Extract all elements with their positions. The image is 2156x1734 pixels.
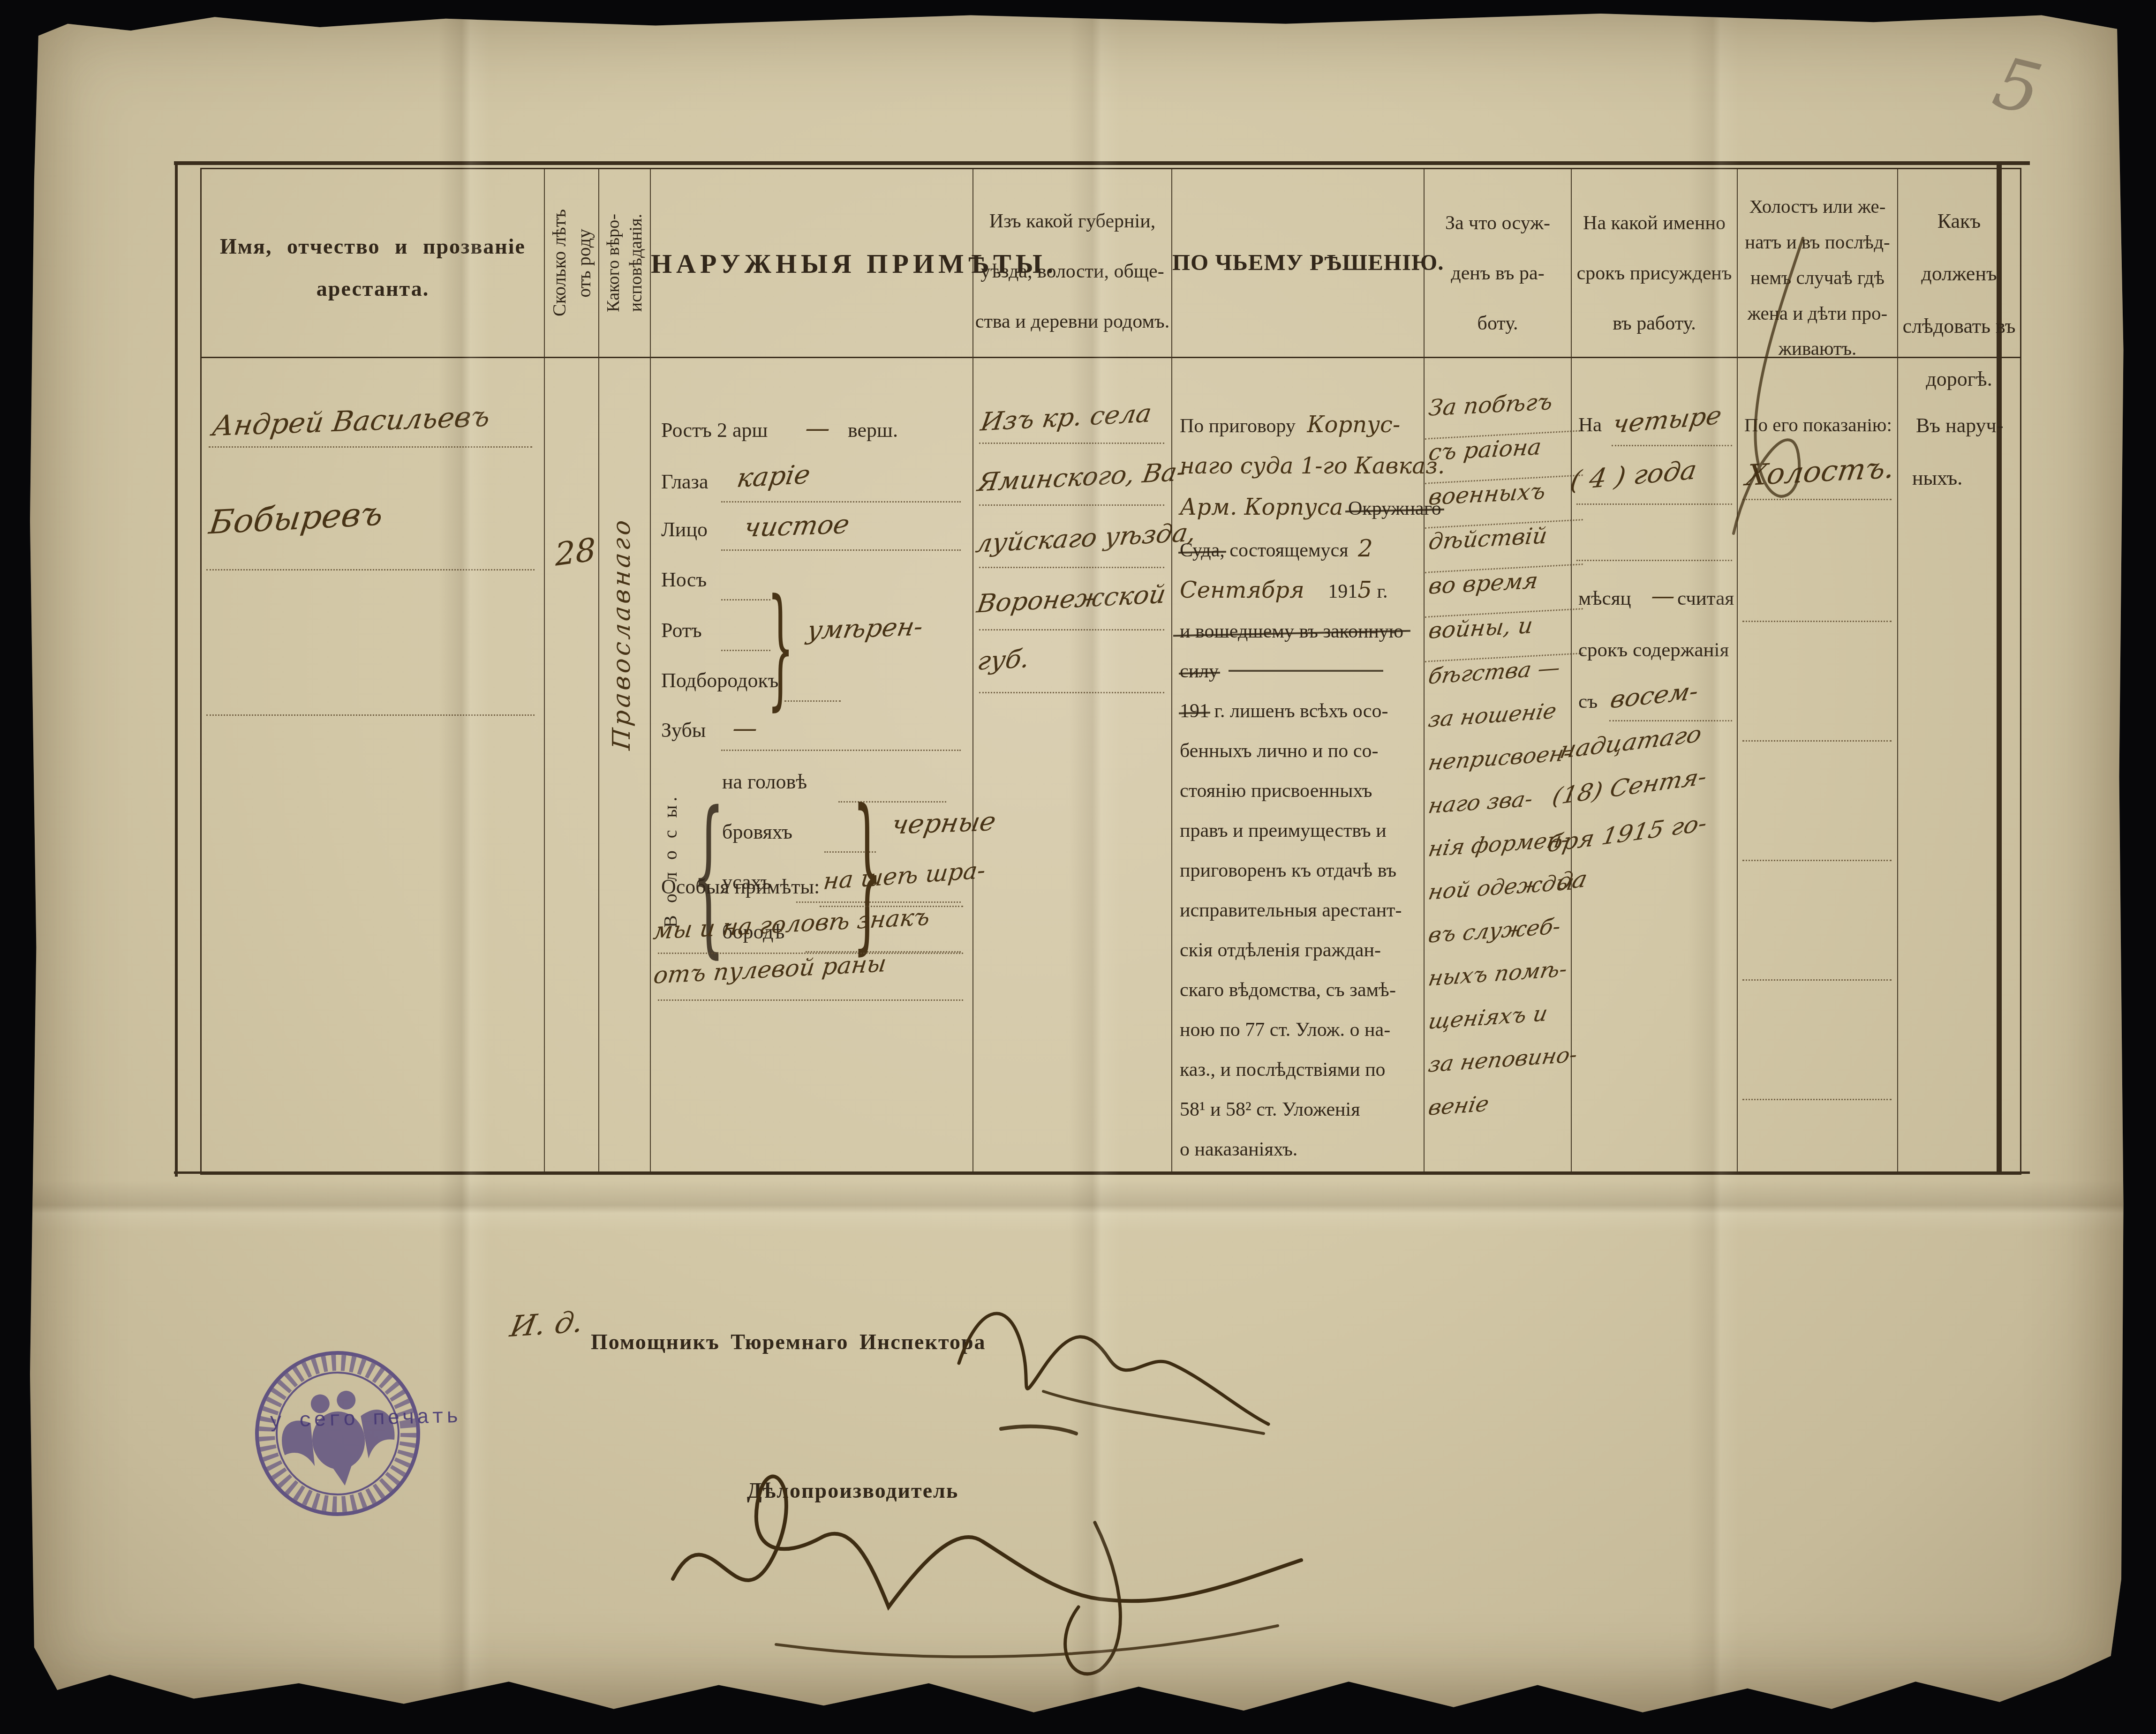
table-outer-left-rule [175,161,178,1177]
cell-religion: Православнаго [598,358,650,1173]
dotted-line [721,549,961,551]
decision-line: 191 г. лишенъ всѣхъ осо- [1180,691,1416,731]
prisoner-last-name: Бобыревъ [207,494,385,541]
header-age: Сколько лѣтъ отъ роду [544,169,598,358]
religion-value: Православнаго [608,516,636,751]
document-sheet: 5 Имя, отчество и прозваніе арестанта. С… [26,8,2126,1716]
ink-flourish [1704,229,1836,576]
dotted-line [1742,740,1892,742]
header-origin: Изъ какой губерніи, уѣзда, волости, обще… [972,169,1171,358]
dotted-line [658,999,963,1001]
dotted-line [721,650,770,651]
cell-escort: Въ наруч- ныхъ. [1897,358,2020,1173]
brace-nose-mouth-chin: } [767,571,794,724]
dotted-line [721,501,961,503]
dotted-line [979,629,1164,631]
header-features: НАРУЖНЫЯ ПРИМѢТЫ. [650,169,972,358]
header-name: Имя, отчество и прозваніе арестанта. [202,169,544,358]
dotted-line [979,692,1164,693]
scanned-page-background: { "page": { "sheet_number": "5", "stamp_… [0,0,2156,1734]
cell-name: Андрей Васильевъ Бобыревъ [202,358,544,1173]
header-escort: Какъ долженъ слѣдовать въ дорогѣ. [1897,169,2020,358]
dotted-line [721,599,770,601]
header-decision: ПО ЧЬЕМУ РѢШЕНІЮ. [1171,169,1424,358]
cell-origin: Изъ кр. села Яминского, Ва- луйскаго уѣз… [972,358,1171,1173]
decision-line: Сентября 1915 г. [1180,570,1416,612]
dotted-line [1742,979,1892,981]
decision-line: и вошедшему въ законную [1180,612,1416,652]
dotted-line [1742,860,1892,861]
decision-line: Суда, состоящемуся 2 [1180,529,1416,570]
acting-prefix: И. д. [507,1305,586,1344]
cell-offense: За побѣгъ съ раіона военныхъ дѣйствій во… [1424,358,1571,1173]
dotted-line [1742,1099,1892,1100]
dotted-line [979,504,1164,506]
dotted-line [1742,621,1892,622]
age-value: 28 [554,531,596,573]
cell-features: Ростъ 2 арш — верш. Глаза каріе Лицо чис… [650,358,972,1173]
dotted-line [979,567,1164,568]
header-religion: Какого вѣро- исповѣданія. [598,169,650,358]
dotted-line [209,446,532,448]
decision-line: наго суда 1-го Кавказ. [1180,446,1416,488]
decision-line: Арм. Корпуса Окружнаго [1180,488,1416,529]
inspector-title: Помощникъ Тюремнаго Инспектора [591,1329,986,1354]
clerk-signature [626,1382,1339,1691]
strike-extension [1229,670,1383,672]
cell-decision: По приговору Корпус- наго суда 1-го Кавк… [1171,358,1424,1173]
header-offense: За что осуж- денъ въ ра- боту. [1424,169,1571,358]
decision-line: По приговору Корпус- [1180,405,1416,446]
sheet-number: 5 [1986,42,2049,132]
table-outer-top-rule [174,161,2030,165]
horizontal-fold [26,1180,2126,1232]
prisoner-first-name: Андрей Васильевъ [210,400,492,443]
dotted-line [206,714,535,716]
official-stamp [253,1349,422,1518]
stamp-overlay-typed-text: у сего печать [269,1405,461,1434]
dotted-line [1609,720,1732,721]
dotted-line [979,443,1164,444]
dotted-line [721,750,961,751]
hair-vertical-label: В о л о с ы. [659,773,681,928]
decision-line: силу [1180,652,1416,691]
dotted-line [206,569,535,570]
cell-age: 28 [544,358,598,1173]
